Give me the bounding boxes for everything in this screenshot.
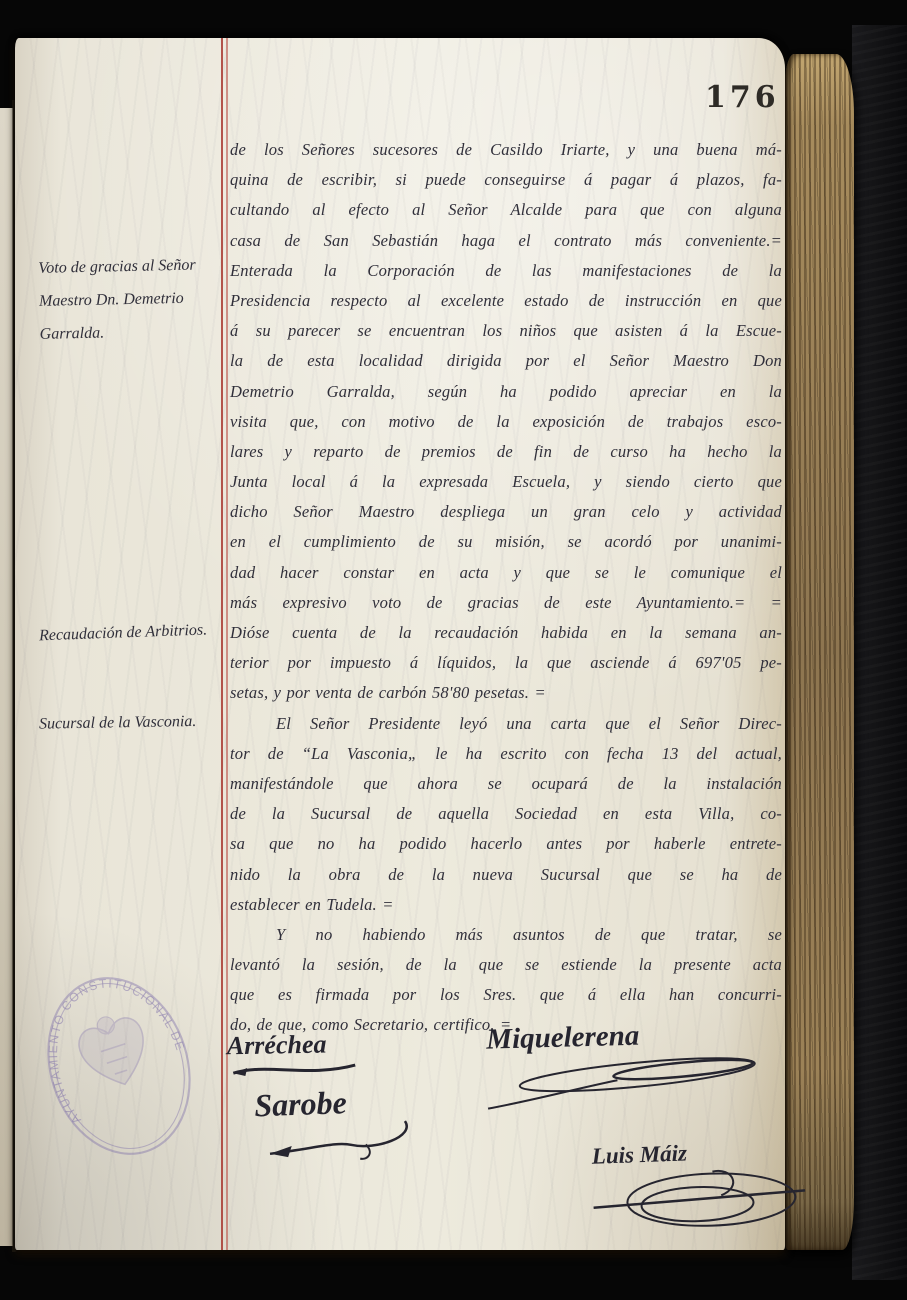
- manuscript-line: dad hacer constar en acta y que se le co…: [230, 563, 782, 593]
- margin-note-line: Recaudación de Arbitrios.: [38, 613, 229, 653]
- ayuntamiento-stamp: AYUNTAMIENTO CONSTITUCIONAL DE: [9, 949, 228, 1184]
- book-fore-edge: [784, 54, 854, 1250]
- manuscript-line: cultando al efecto al Señor Alcalde para…: [230, 200, 782, 230]
- manuscript-line: en el cumplimiento de su misión, se acor…: [230, 532, 782, 562]
- signature-arrechea: Arréchea: [227, 1029, 378, 1082]
- manuscript-line: manifestándole que ahora se ocupará de l…: [230, 774, 782, 804]
- margin-note-line: Voto de gracias al Señor: [38, 248, 219, 285]
- manuscript-line: terior por impuesto á líquidos, la que a…: [230, 653, 782, 683]
- ledger-book-photo: 176 Voto de gracias al Señor Maestro Dn.…: [0, 0, 907, 1300]
- manuscript-line: sa que no ha podido hacerlo antes por ha…: [230, 834, 782, 864]
- signature-flourish: [227, 1059, 377, 1082]
- signature-name: Sarobe: [254, 1084, 348, 1123]
- manuscript-line: El Señor Presidente leyó una carta que e…: [230, 714, 782, 744]
- margin-note-sucursal-vasconia: Sucursal de la Vasconia.: [39, 704, 230, 740]
- manuscript-line: Enterada la Corporación de las manifesta…: [230, 261, 782, 291]
- manuscript-line: de los Señores sucesores de Casildo Iria…: [230, 140, 782, 170]
- manuscript-line: á su parecer se encuentran los niños que…: [230, 321, 782, 351]
- manuscript-line: lares y reparto de premios de fin de cur…: [230, 442, 782, 472]
- manuscript-line: Y no habiendo más asuntos de que tratar,…: [230, 925, 782, 955]
- manuscript-line: casa de San Sebastián haga el contrato m…: [230, 231, 782, 261]
- margin-note-recaudacion: Recaudación de Arbitrios.: [38, 613, 229, 653]
- manuscript-line: quina de escribir, si puede conseguirse …: [230, 170, 782, 200]
- manuscript-line: de la Sucursal de aquella Sociedad en es…: [230, 804, 782, 834]
- signature-miquelerena: Miquelerena: [486, 1016, 768, 1112]
- book-binding: [852, 25, 907, 1280]
- margin-note-line: Maestro Dn. Demetrio: [39, 281, 220, 318]
- page-number: 176: [705, 80, 785, 115]
- margin-note-voto-de-gracias: Voto de gracias al Señor Maestro Dn. Dem…: [38, 248, 220, 351]
- signature-sarobe: Sarobe: [254, 1081, 447, 1167]
- manuscript-line: establecer en Tudela. =: [230, 895, 782, 925]
- signature-name: Miquelerena: [486, 1020, 640, 1056]
- manuscript-line: Presidencia respecto al excelente estado…: [230, 291, 782, 321]
- manuscript-line: Junta local á la expresada Escuela, y si…: [230, 472, 782, 502]
- manuscript-line: dicho Señor Maestro despliega un gran ce…: [230, 502, 782, 532]
- manuscript-line: levantó la sesión, de la que se estiende…: [230, 955, 782, 985]
- manuscript-line: Demetrio Garralda, según ha podido aprec…: [230, 382, 782, 412]
- signature-flourish: [592, 1162, 809, 1241]
- signature-name: Luis Máiz: [591, 1140, 687, 1168]
- manuscript-line: nido la obra de la nueva Sucursal que se…: [230, 865, 782, 895]
- manuscript-line: visita que, con motivo de la exposición …: [230, 412, 782, 442]
- manuscript-line: más expresivo voto de gracias de este Ay…: [230, 593, 782, 623]
- manuscript-line: tor de “La Vasconia„ le ha escrito con f…: [230, 744, 782, 774]
- stamp-crest-icon: [72, 1007, 155, 1094]
- minutes-body-text: de los Señores sucesores de Casildo Iria…: [230, 140, 782, 1046]
- signature-flourish: [487, 1049, 768, 1112]
- signature-name: Arréchea: [227, 1030, 327, 1061]
- manuscript-line: setas, y por venta de carbón 58'80 peset…: [230, 683, 782, 713]
- margin-note-line: Garralda.: [39, 314, 220, 351]
- margin-note-line: Sucursal de la Vasconia.: [39, 704, 230, 740]
- signature-flourish: [255, 1118, 446, 1167]
- manuscript-line: que es firmada por los Sres. que á ella …: [230, 985, 782, 1015]
- manuscript-line: la de esta localidad dirigida por el Señ…: [230, 351, 782, 381]
- signature-luis-maiz: Luis Máiz: [591, 1136, 809, 1241]
- manuscript-line: Dióse cuenta de la recaudación habida en…: [230, 623, 782, 653]
- manuscript-page: 176 Voto de gracias al Señor Maestro Dn.…: [15, 38, 785, 1250]
